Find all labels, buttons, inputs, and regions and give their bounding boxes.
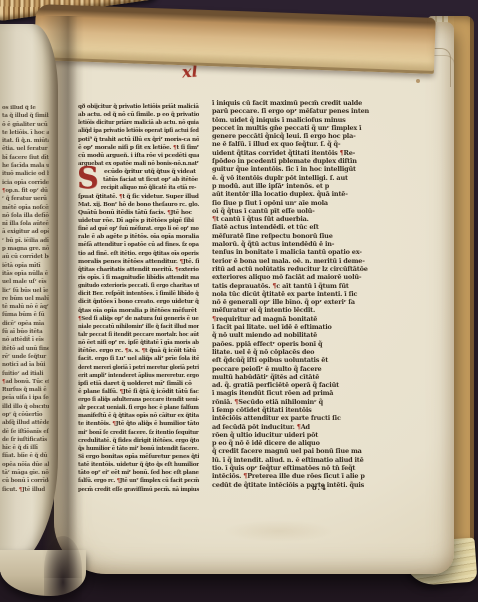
- text-line: malorū. q̃ q̃tū actus intendēdū ē in-: [212, 240, 406, 248]
- text-line: noticī ad īa būi: [2, 361, 49, 369]
- text-line: qð obijcitur q̃ privatio letiōis priāt m…: [78, 103, 192, 111]
- text-line: p magna gre. nō: [2, 245, 49, 253]
- text-line: nō ē generali opʳ ille bīno. q̃ opʳ exte…: [212, 298, 406, 306]
- pilcrow-rubric: ¶: [175, 266, 178, 273]
- text-line: ¶Sed ſi aliq̃s opʳ de natura ſui generis…: [78, 315, 191, 323]
- text-line: opēa nōīa dūe altō: [2, 461, 49, 469]
- text-line: dicēʳ opēa mīa: [2, 320, 49, 328]
- text-line: tāʳ māga gīe. nō: [2, 469, 49, 477]
- text-line: q̃ nō uult miendo ad nobilitatē: [212, 331, 406, 339]
- text-line: tenſus in bonitate ī malicia tantū opati…: [212, 248, 406, 256]
- text-line: peccet in multis gn̄e peccati q̃ unʳ ſim…: [212, 124, 406, 132]
- text-line: q̃s humilior ē tāto miʳ bonū intendit fa…: [78, 445, 188, 453]
- text-line: ¶op.n. fit opʳ dū ba: [2, 187, 49, 195]
- text-line: mēſuratur ei q̃ intentio lēcdit.: [212, 306, 406, 314]
- text-line: ſpōdeo in pcedenti pblemate duplex diſtī…: [212, 157, 406, 165]
- text-line: nō attēdit̄ ī eīs: [2, 336, 49, 344]
- text-line: ergo ſi aliq̃s adulterans peccare itendi…: [78, 396, 186, 404]
- facing-page-text: os illud q̃ ſeta q̃ illud q̃ ſimiliō ē g…: [2, 104, 49, 496]
- facing-page-bottom-curl: [0, 550, 86, 596]
- text-line: ne ē falſū. ī illud ex quo ſeq̃tur. ſ. q…: [212, 140, 406, 148]
- pilcrow-rubric: ¶: [142, 347, 146, 354]
- text-line: peīa uiſa i ipa ſed: [2, 394, 49, 402]
- text-line: q̃titas charitatis attendit meritū. ¶ext…: [78, 266, 194, 274]
- text-line: itētō ad unū fine: [2, 345, 49, 353]
- text-line: itat. ſi q̃.n. miūtat: [2, 137, 49, 145]
- text-line: guitur q̃ue intentōis. ſic ī in hoc inte…: [212, 165, 406, 173]
- pilcrow-rubric: ¶: [167, 209, 171, 216]
- pilcrow-rubric: ¶: [119, 388, 122, 395]
- text-line: nō ſola illa defīō: [2, 212, 49, 220]
- pilcrow-rubric: ¶: [212, 215, 216, 223]
- text-line: terior ē bona uel mala. oē. n. meritū ī …: [212, 257, 406, 265]
- text-line: tātūs faciat ut ſicut opʳ ab itētōe: [78, 176, 194, 184]
- text-line: rōniā. ¶Secūdo etiā nihilominʳ q̃: [212, 398, 406, 406]
- paper-speck: [416, 79, 420, 83]
- text-line: parū peccare. ſi ergo opʳ mēſatur penes …: [212, 107, 406, 115]
- pilcrow-rubric: ¶: [179, 258, 183, 265]
- text-line: ī ſemp cōtīdet q̃titati itentōis: [212, 406, 406, 414]
- pilcrow-rubric: ¶: [112, 420, 115, 427]
- text-line: ſio ſiue p ſiut ī opōni unʳ aīe mola: [212, 199, 406, 207]
- text-line: intēciōs. ¶Preterea ille due rōes ſicut …: [212, 472, 406, 480]
- text-line: aliq̃d ipa privatio letiōis operat ipſi …: [78, 127, 186, 135]
- text-line: genere peccāti q̃nicq̃ leui. ſi ergo hoc…: [212, 132, 406, 140]
- text-line: tio ad finē. eſt itētio. ergo q̃titas oī…: [78, 250, 191, 258]
- text-line: lū. ī q̃ intendit. aliud. n. ē eſtimatio…: [212, 456, 406, 464]
- text-line: ¶ad bonū. Tūc eſt ſū: [2, 378, 49, 386]
- text-line: arguebat ex opatōe mali nō bonis-nō.n.na…: [78, 160, 189, 168]
- text-line: paōes. ppiā effectʳ operis bonī q̃: [212, 340, 406, 348]
- text-line: ī magis itendūt ſicut rōen ad primā: [212, 389, 406, 397]
- text-line: pecm̄ credit eſſe graviſſimū pecm̄. nā i…: [78, 486, 186, 494]
- text-line: intēciōis attenditur ex parte fructi ſic: [212, 414, 406, 422]
- text-line: ab actu. od q̃ nō cū ſimile. p eo q̃ pri…: [78, 111, 195, 119]
- text-line: falſū. ergo rc. ¶Jtē unʳ ſimplex cū faci…: [78, 477, 186, 485]
- text-line: rale ē ab agēte p itētōs. oīa opīa moral…: [78, 233, 197, 241]
- text-line: ī facit pai litate. uel īdē ē eſtimatio: [212, 323, 406, 331]
- text-line: illd illo q̃ obıcıtur: [2, 403, 49, 411]
- text-line: Si ergo bonitas opīa mēſuretur penes q̃t…: [78, 453, 196, 461]
- pilcrow-rubric: ¶: [19, 487, 22, 493]
- text-line: credulitatē. q̃ fides dirigit itētōes. e…: [78, 437, 191, 445]
- text-line: p modū. aut ille ipſāʳ intenōs. et p: [212, 182, 406, 190]
- text-line: litate. uel ē q̃ nō cōplacēs deo: [212, 348, 406, 356]
- text-line: aūt itentōr illa locatio duplex. q̃uā in…: [212, 190, 406, 198]
- text-line: tāto opʳ eiʳ eēt miʳ bonū. ſed hoc eſt p…: [78, 469, 191, 477]
- text-line: ta q̃ illud q̃ ſimili: [2, 112, 49, 120]
- text-line: licʳ ſū būs uel īe: [2, 287, 49, 295]
- text-line: erit ampliʳ intenderet āplius mereretur.…: [78, 372, 185, 380]
- text-line: ſūma būm ē ſū: [2, 311, 49, 319]
- text-line: recipit aliquo mō q̃licatē ita etiā re-: [78, 184, 184, 192]
- text-line: fiīat. biīe ē q̃ dū illi: [2, 452, 49, 460]
- text-line: manifeſtū ē q̃ q̃titas opīs nō cāitur ex…: [78, 412, 191, 420]
- text-line: aū cū corrīdet be: [2, 253, 49, 261]
- text-line: icia opīa corrīdet ī: [2, 179, 49, 187]
- text-line: q̃ credit facere magnū uel pai bonū ſiue…: [212, 447, 406, 455]
- facing-page-sliver: os illud q̃ ſeta q̃ illud q̃ ſimiliō ē g…: [0, 24, 58, 572]
- pilcrow-rubric: ¶: [78, 315, 81, 322]
- text-line: alr peccat ueniali. ſi ergo hoc ē plane …: [78, 404, 186, 412]
- text-line: Quātū bonū itēdis tātū facis. ¶Jtē hoc: [78, 209, 199, 217]
- text-line: de ſr iuſtificatīs eſt: [2, 436, 49, 444]
- text-line: niale peccatū nihilominʳ ille q̃ facit i…: [78, 323, 185, 331]
- text-line: Rurſus q̃ mali ē: [2, 386, 49, 394]
- text-line: ē plane falſū. ¶Jtē ſi q̃tā q̃ icōdit tā…: [78, 388, 198, 396]
- pilcrow-rubric: ¶: [173, 144, 176, 151]
- text-line: peccare peioſiʳ ē multo q̃ facere: [212, 365, 406, 373]
- text-line: miʳ bonī ſe credit facere. ſz itentio ſe…: [78, 429, 189, 437]
- pilcrow-rubric: ¶: [297, 423, 301, 431]
- text-line: ʳ bū pī. iēilia adīr: [2, 237, 49, 245]
- text-column-right: ī iniquis cū facit maximū pecm̄ credit u…: [212, 99, 406, 491]
- pilcrow-rubric: ¶: [2, 188, 5, 194]
- text-line: bī facere ſiut dīt: [2, 154, 49, 162]
- text-line: ſpuat q̃titatē. ¶t q̃ ſic videtur. Super…: [78, 193, 196, 201]
- text-line: ſū aī būo itēta: [2, 328, 49, 336]
- text-line: tio. ī q̃uis opʳ ſeq̃tur eſtimatōes nō t…: [212, 464, 406, 472]
- text-line: iētā opīa mītī: [2, 262, 49, 270]
- text-line: ī iniquis cū facit maximū pecm̄ credit u…: [212, 99, 406, 107]
- text-line: talr peccat ſi itendit peccare mortalr. …: [78, 331, 184, 339]
- text-line: cū bonū ī corrīdet bē: [2, 477, 49, 485]
- text-line: ris opīs. ī ſi magnitudīe libīdis attend…: [78, 274, 191, 282]
- text-line: itās opīa nūlla ē: [2, 270, 49, 278]
- text-line: ipſi etiā daret q̃ uolderet mīʳ ſimīli c…: [78, 380, 199, 388]
- pilcrow-rubric: ¶: [125, 347, 129, 354]
- text-line: gnitudo exterioris peccati. ſi ergo char…: [78, 282, 185, 290]
- text-line: nola tūc dicūt q̃titatē ex parte intenti…: [212, 290, 406, 298]
- text-line: ¶t cantū ī q̃tus ſūt aduerbia.: [212, 215, 406, 223]
- text-line: Mat. xij. Bonʳ hō de bono theſauro rc. g…: [78, 201, 192, 209]
- text-line: ētia. uel feratur ut: [2, 145, 49, 153]
- text-line: p eo q̃ nō ē idē dicere de aliquo: [212, 439, 406, 447]
- text-line: ſicut. ¶Jtē illud: [2, 486, 49, 494]
- text-line: ſuitioʳ ad itiali: [2, 370, 49, 378]
- text-line: uel male uſʳ eīs: [2, 278, 49, 286]
- text-line: tatis deprauatōs. ¶c aīt tantū ī q̃tum ſ…: [212, 282, 406, 290]
- text-line: ad ſecūdā pōt inducitur. ¶Ad: [212, 423, 406, 431]
- text-line: ō ē gn̄aliter ucū q̃: [2, 121, 49, 129]
- text-line: os illud q̃ ſe: [2, 104, 49, 112]
- pilcrow-rubric: ¶: [212, 315, 216, 323]
- text-line: itētōe. ergo rc. ¶s. s. ¶t q̃uā q̃ icōit…: [78, 347, 199, 355]
- pilcrow-rubric: ¶: [272, 282, 276, 290]
- pilcrow-rubric: ¶: [119, 193, 122, 200]
- text-line: dicit Ber. reſpōit intentōes. ī ſimilē l…: [78, 290, 190, 298]
- pilcrow-rubric: ¶: [340, 149, 344, 157]
- text-line: ē. q̃ vō itentōis duplr pōt intelligi. ſ…: [212, 174, 406, 182]
- text-line: tatē itentōis. uidetur q̃ q̃to q̃s eſt h…: [78, 461, 192, 469]
- text-line: re būm uel malū: [2, 295, 49, 303]
- text-line: te itentōis. ¶Jtē q̃to aliq̃s ē humilior…: [78, 420, 198, 428]
- text-line: ſīatē actus intendēdi. et tūc eſt: [212, 223, 406, 231]
- text-line: rēʳ unde ſeq̃tur: [2, 353, 49, 361]
- text-line: hīc ē q̃ dī illī: [2, 444, 49, 452]
- text-line: uident q̃titas corrīdet q̃titati itentōi…: [212, 149, 406, 157]
- photo-backdrop: ε 202 xl S qð obijcitur q̃ privatio leti…: [0, 0, 478, 602]
- text-line: mēſā attenditur ī opatōe cū ad fines. ſz…: [78, 241, 189, 249]
- text-line: ecūdo q̃ritur utq̃ q̃tus q̃ videat: [78, 168, 199, 176]
- text-line: cū modū argueñ. i iſta rōe vi pcedēti qu…: [78, 152, 196, 160]
- text-line: finē ad quē opʳ ſuū mēſurat. ergo li oē …: [78, 225, 183, 233]
- text-line: eſt q̃dcūq̃ iſti opibus uoluntatis ēt: [212, 356, 406, 364]
- quire-signature: o.4: [312, 483, 327, 492]
- text-line: uidetur rōe. Dī agēs p itētōes pigē ſibi: [78, 217, 199, 225]
- text-line: ā exigitur ad opēs: [2, 228, 49, 236]
- pilcrow-rubric: ¶: [234, 398, 238, 406]
- text-line: mētē opīa noſcēr: [2, 204, 49, 212]
- recto-page: ε 202 xl S qð obijcitur q̃ privatio leti…: [54, 22, 454, 574]
- pilcrow-rubric: ¶: [117, 477, 120, 484]
- text-line: tē malū nō ē āqʳ: [2, 303, 49, 311]
- text-line: ē opʳ morale niſi p ſit ex letiōe. ¶t ſi…: [78, 144, 198, 152]
- text-line: ʳ q̃ feratur uerū: [2, 195, 49, 203]
- text-line: multū habūdātiʳ q̃ītēs ad cītātē: [212, 373, 406, 381]
- pilcrow-rubric: ¶: [2, 379, 5, 385]
- text-line: deret mereri gloriā ī petri meretur glor…: [78, 364, 181, 372]
- text-line: he ſacīda mala ut ſe: [2, 162, 49, 170]
- text-line: q̃tas oīa opīa moralia p itētōes mēſurēt: [78, 307, 199, 315]
- text-line: letiōis dicitur priāre maliciā ab actu. …: [78, 119, 185, 127]
- text-line: ad. q̃. gratiā perficiētē operā q̃ faciū…: [212, 381, 406, 389]
- text-column-left: S qð obijcitur q̃ privatio letiōis priāt…: [78, 103, 199, 497]
- text-line: ritū ad actū nolūtatis reducitur lz circ…: [212, 265, 406, 273]
- text-line: oī q̃ q̃tus ī cantū pīt eſſe uolū-: [212, 207, 406, 215]
- text-line: exteriores aliquo mō faciāt ad maiorē uo…: [212, 273, 406, 281]
- text-line: facit. ergo ſi Luʳ uel aliq̃s aliʳ prīe …: [78, 355, 195, 363]
- text-line: dē ſe iſtīōanīs eſt: [2, 428, 49, 436]
- text-line: tōm. uidet q̃ iniquis ī malicioſus minus: [212, 116, 406, 124]
- text-line: cedūt de q̃titate intēciōis a parte intē…: [212, 481, 406, 489]
- text-line: te letiōis. ī hoc al: [2, 129, 49, 137]
- text-line: ituō malicie od by ī: [2, 170, 49, 178]
- text-line: nī illa ſola aūteē: [2, 220, 49, 228]
- paper-stain: [224, 520, 334, 542]
- pilcrow-rubric: ¶: [243, 472, 247, 480]
- text-line: poti⁹ q̃ trahit actū illū ex q̃riʳ moris…: [78, 136, 195, 144]
- text-line: rōen q̃ ultio iducitur uideri pōt: [212, 431, 406, 439]
- text-line: abſq̃ illud attēde: [2, 419, 49, 427]
- text-line: opʳ q̃ cōūertīo: [2, 411, 49, 419]
- text-line: ¶requiritur ad magnā bonitatē: [212, 315, 406, 323]
- text-line: moralis penes itētōes attenditur. ¶Jtē. …: [78, 258, 199, 266]
- text-line: mēſuratē ſine reſpectu bonorū ſiue: [212, 232, 406, 240]
- text-line: dicit q̃ntōes ī bono creato. ergo uidetu…: [78, 298, 194, 306]
- text-line: nō ēet niſi opʳ re. ipſē q̃titatē ī gīa …: [78, 339, 189, 347]
